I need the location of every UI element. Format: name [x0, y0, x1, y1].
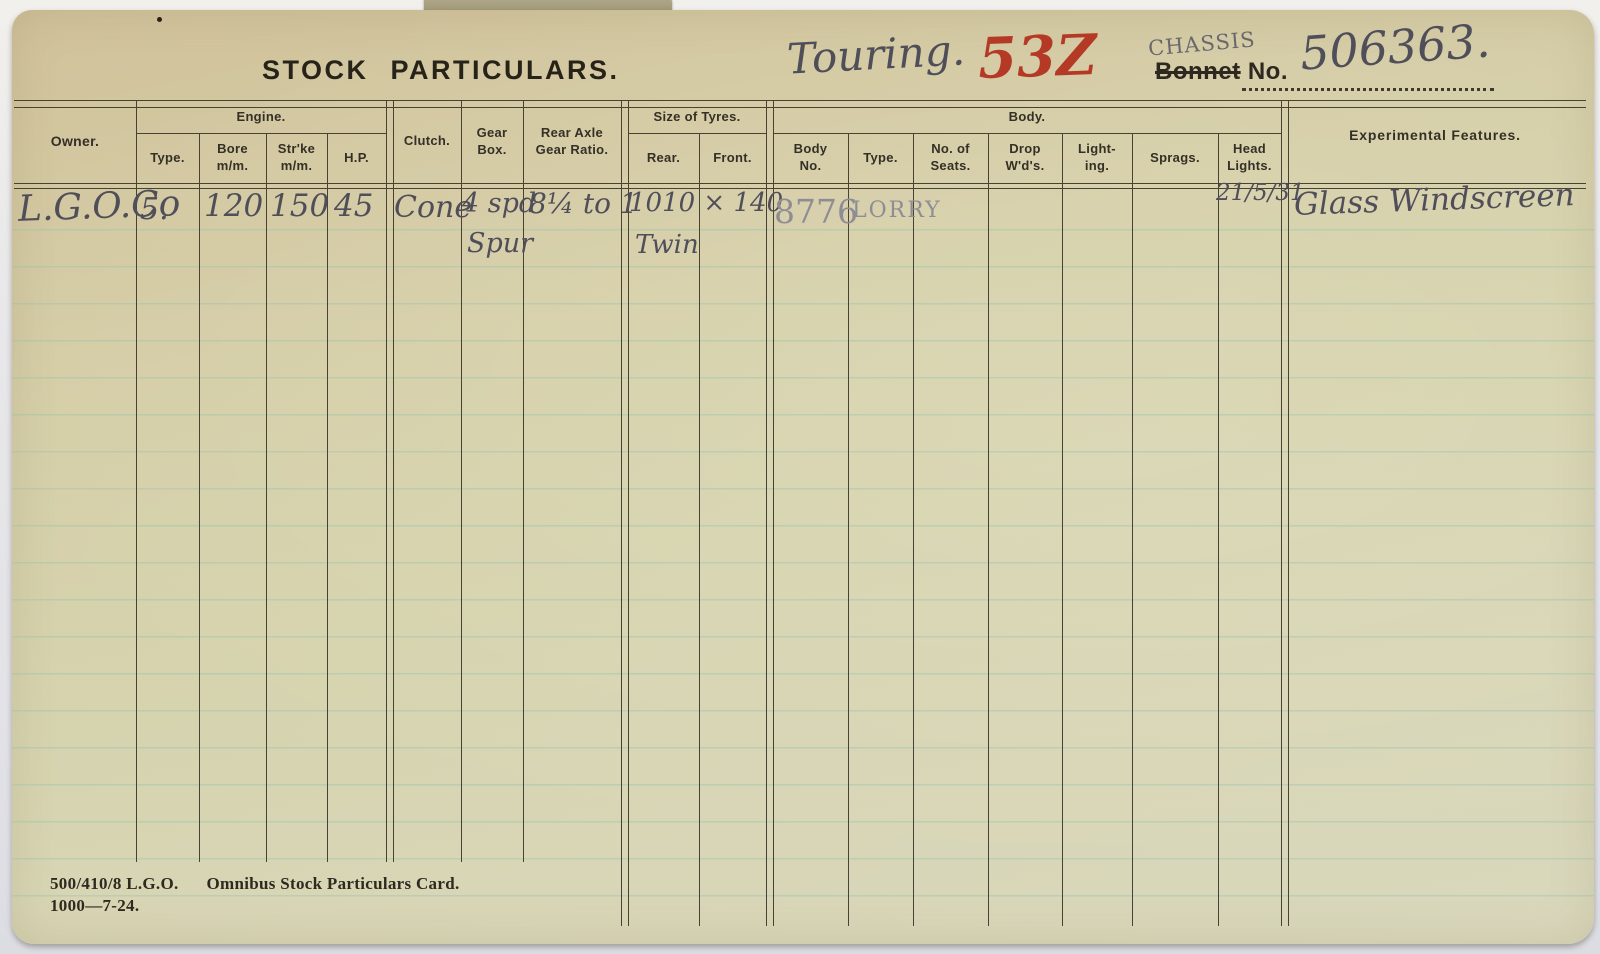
grid-line-v	[386, 100, 387, 862]
col-header-lighting: Light-ing.	[1062, 133, 1132, 183]
footer-line2: 1000—7-24.	[50, 896, 139, 916]
grid-line-v	[628, 100, 629, 926]
grid-line-h	[14, 183, 1586, 184]
grid-line-v	[266, 133, 267, 862]
record-body-type: LORRY	[852, 198, 942, 223]
group-header-engine: Engine.	[136, 102, 386, 132]
col-header-rear-axle: Rear Axle Gear Ratio.	[523, 100, 621, 183]
group-header-body: Body.	[773, 102, 1281, 132]
footer-form-name: Omnibus Stock Particulars Card.	[207, 874, 460, 893]
grid-line-v	[1132, 133, 1133, 926]
record-head-lights-date: 21/5/31	[1216, 180, 1305, 206]
col-header-drop-windows: Drop W'd's.	[988, 133, 1062, 183]
col-header-tyre-front: Front.	[699, 133, 766, 183]
record-rear-axle-ratio: 8¼ to 1	[529, 187, 638, 220]
col-header-sprags: Sprags.	[1132, 133, 1218, 183]
record-hp: 45	[334, 188, 373, 224]
col-header-head-lights: Head Lights.	[1218, 133, 1281, 183]
grid-line-v	[1281, 100, 1282, 926]
record-stroke: 150	[270, 188, 329, 224]
record-gearbox-line1: 4 spd	[462, 188, 536, 219]
grid-line-v	[766, 100, 767, 926]
col-header-bore: Bore m/m.	[199, 133, 266, 183]
ruled-lines	[12, 229, 1594, 932]
handwritten-fleet-number: 53Z	[977, 22, 1098, 92]
col-header-gear-box: Gear Box.	[461, 100, 523, 183]
col-header-stroke: Str'ke m/m.	[266, 133, 327, 183]
stock-particulars-card: STOCK PARTICULARS. Touring. 53Z CHASSIS …	[12, 10, 1594, 944]
grid-line-v	[621, 100, 622, 926]
grid-line-v	[988, 133, 989, 926]
grid-line-v	[327, 133, 328, 862]
record-gearbox-line2: Spur	[467, 228, 533, 259]
record-engine-type: 5.	[140, 192, 169, 227]
grid-line-v	[848, 133, 849, 926]
grid-line-v	[1218, 133, 1219, 926]
record-body-no: 8776	[774, 192, 858, 231]
photo-background: { "colors": { "card_paper": "#d5cfa8", "…	[0, 0, 1600, 954]
group-header-tyres: Size of Tyres.	[628, 102, 766, 132]
card-title: STOCK PARTICULARS.	[262, 55, 620, 86]
footer-line1: 500/410/8 L.G.O.Omnibus Stock Particular…	[50, 874, 460, 894]
grid-line-v	[913, 133, 914, 926]
record-clutch: Cone	[394, 190, 472, 225]
col-header-body-no: Body No.	[773, 133, 848, 183]
handwritten-chassis-note: CHASSIS	[1147, 27, 1256, 60]
col-header-tyre-rear: Rear.	[628, 133, 699, 183]
handwritten-vehicle-class: Touring.	[786, 25, 966, 83]
ink-speck	[157, 17, 162, 22]
grid-line-v	[1062, 133, 1063, 926]
grid-line-v	[1288, 100, 1289, 926]
grid-line-v	[199, 133, 200, 862]
bonnet-word-struck: Bonnet	[1155, 58, 1241, 85]
col-header-seats: No. of Seats.	[913, 133, 988, 183]
col-header-hp: H.P.	[327, 133, 386, 183]
grid-line-v	[699, 133, 700, 926]
col-header-engine-type: Type.	[136, 133, 199, 183]
footer-form-ref: 500/410/8 L.G.O.	[50, 874, 179, 893]
col-header-clutch: Clutch.	[393, 100, 461, 183]
record-bore: 120	[204, 188, 263, 224]
col-header-experimental: Experimental Features.	[1288, 100, 1582, 170]
col-header-body-type: Type.	[848, 133, 913, 183]
col-header-owner: Owner.	[14, 100, 136, 183]
record-tyres-rear: 1010 × 140	[629, 188, 783, 218]
record-tyres-twin: Twin	[635, 230, 699, 260]
